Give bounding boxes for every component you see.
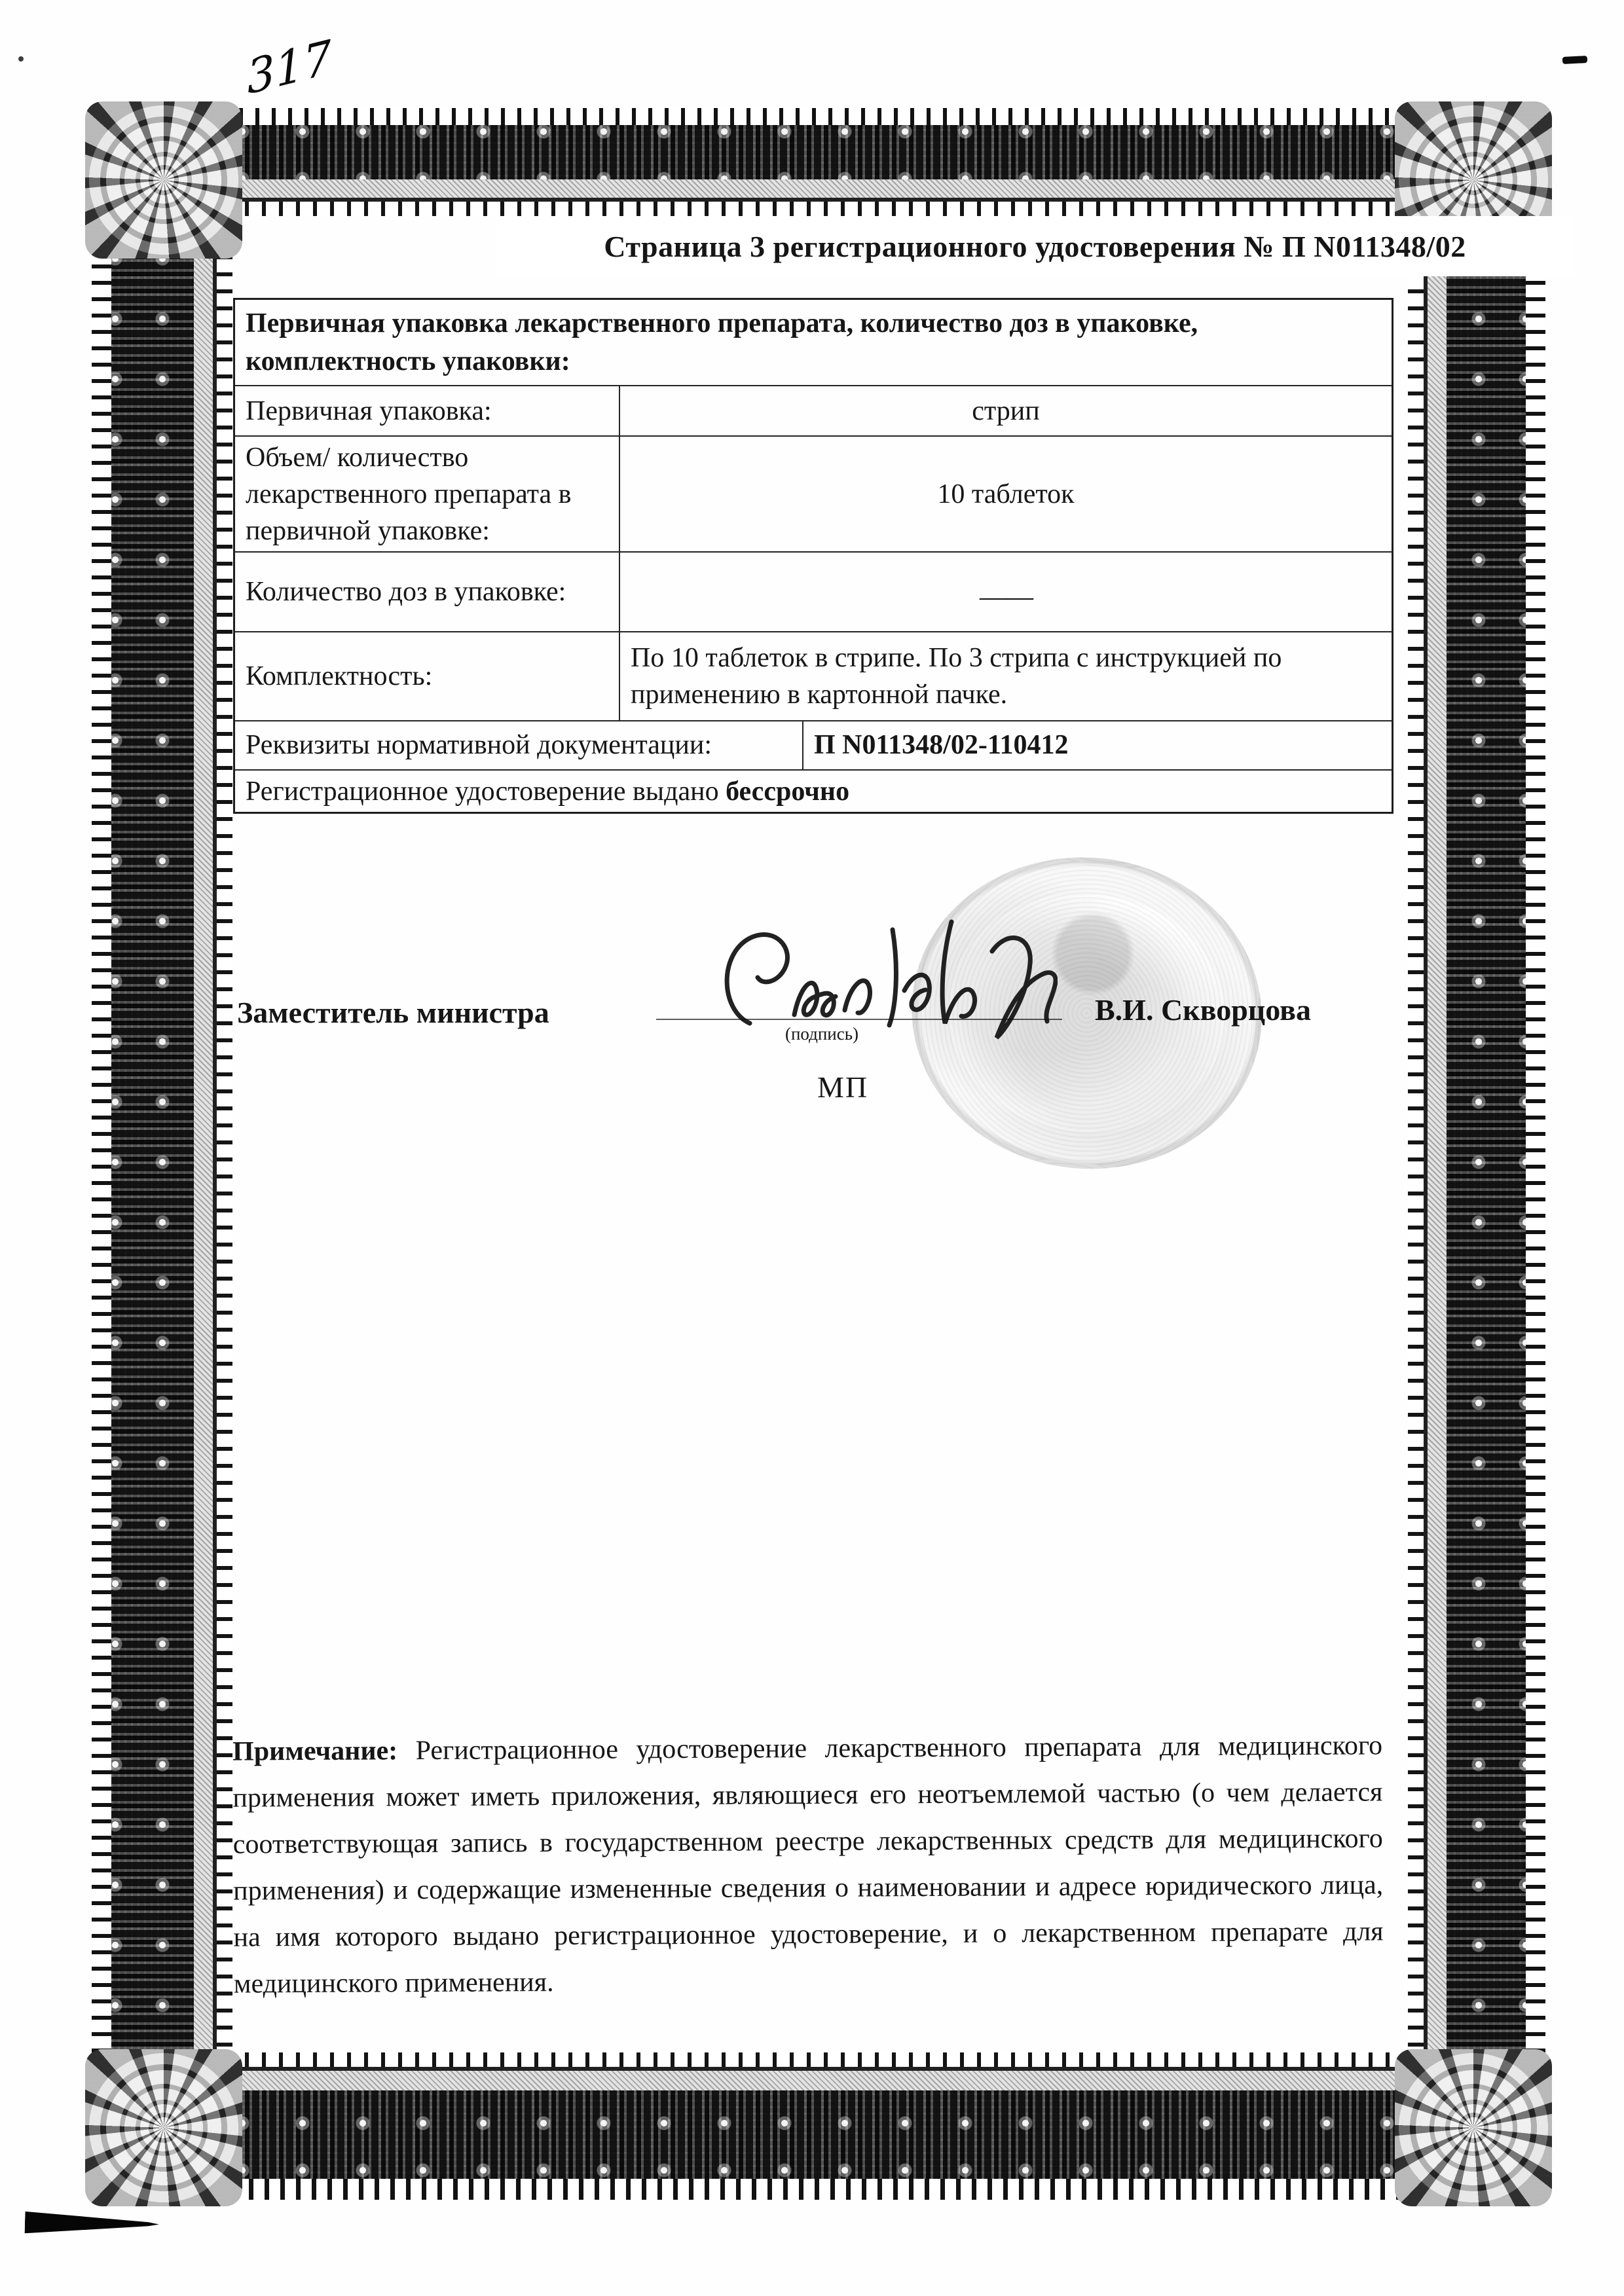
validity-text: Регистрационное удостоверение выдано (246, 773, 719, 810)
handwritten-page-number: 317 (245, 29, 333, 105)
table-footer-validity: Регистрационное удостоверение выдано бес… (235, 771, 860, 812)
validity-term: бессрочно (726, 773, 849, 810)
note-paragraph: Примечание: Регистрационное удостоверени… (232, 1722, 1384, 2007)
scan-dot-artifact (18, 56, 24, 62)
note-text: Регистрационное удостоверение лекарствен… (232, 1730, 1383, 1999)
row-value-normative-docs: П N011348/02-110412 (803, 721, 1392, 769)
table-section-header: Первичная упаковка лекарственного препар… (235, 300, 1392, 385)
table-row: Объем/ количество лекарственного препара… (235, 435, 1392, 551)
row-value-completeness: По 10 таблеток в стрипе. По 3 стрипа с и… (620, 632, 1392, 720)
table-row: Первичная упаковка лекарственного препар… (235, 300, 1392, 385)
row-value-doses-dash: —— (620, 558, 1392, 636)
note-label: Примечание: (232, 1736, 397, 1766)
row-label-normative-docs: Реквизиты нормативной документации: (235, 721, 803, 769)
table-row: Количество доз в упаковке: —— (235, 551, 1392, 631)
row-label-completeness: Комплектность: (235, 632, 620, 720)
row-label-volume: Объем/ количество лекарственного препара… (235, 437, 620, 551)
table-row: Комплектность: По 10 таблеток в стрипе. … (235, 631, 1392, 720)
page-title: Страница 3 регистрационного удостоверени… (496, 216, 1574, 276)
scan-dash-artifact (1562, 56, 1588, 64)
packaging-table: Первичная упаковка лекарственного препар… (233, 298, 1393, 814)
row-label-doses: Количество доз в упаковке: (235, 553, 620, 631)
row-value-volume: 10 таблеток (620, 437, 1392, 551)
certificate-page: 317 Страница 3 регистрационного удостове… (0, 0, 1624, 2296)
signature-scribble (704, 902, 1058, 1063)
table-row: Первичная упаковка: стрип (235, 385, 1392, 435)
row-value-primary-packaging: стрип (620, 386, 1392, 435)
seal-place-label: МП (817, 1070, 868, 1104)
table-row: Регистрационное удостоверение выдано бес… (235, 769, 1392, 812)
signer-title: Заместитель министра (237, 995, 549, 1030)
ink-smear-artifact (25, 2208, 160, 2236)
row-label-primary-packaging: Первичная упаковка: (235, 386, 620, 435)
table-row: Реквизиты нормативной документации: П N0… (235, 720, 1392, 769)
